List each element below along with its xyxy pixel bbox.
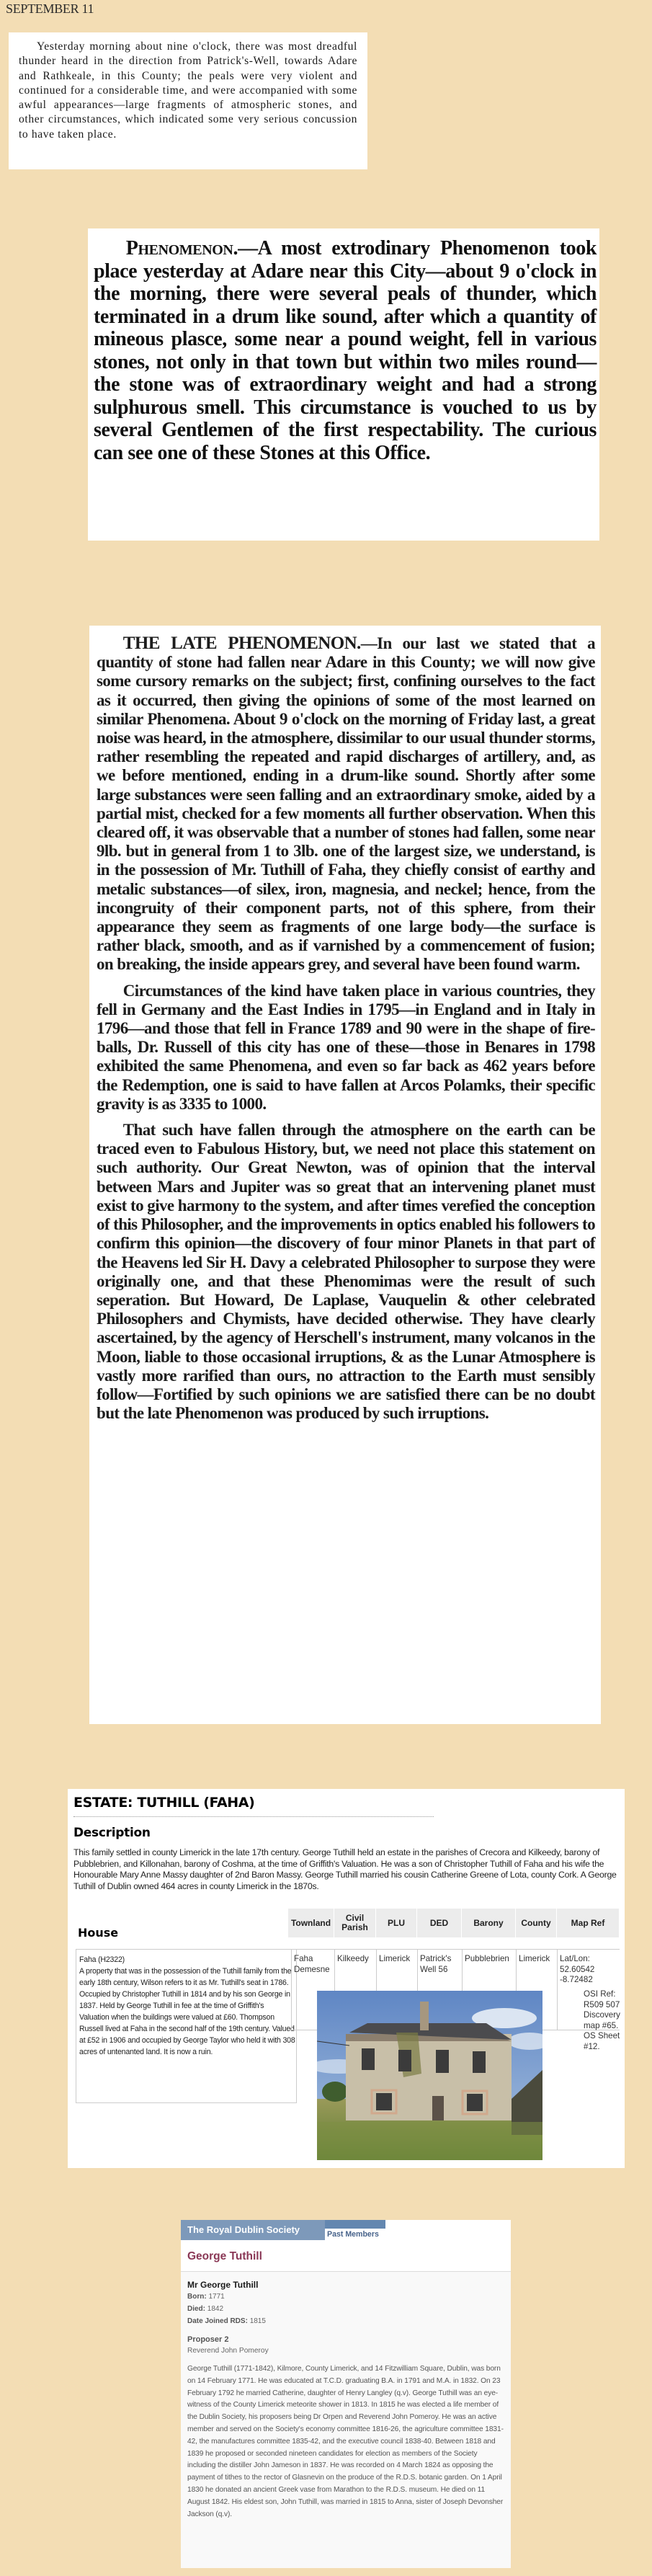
- clipping-2-lead: Phenomenon.: [126, 237, 238, 259]
- died-value: 1842: [207, 2305, 223, 2313]
- member-biography: George Tuthill (1771-1842), Kilmore, Cou…: [187, 2363, 504, 2521]
- house-text: A property that was in the possession of…: [79, 1966, 295, 2058]
- rds-page-title: George Tuthill: [187, 2250, 504, 2263]
- col-header-ded: DED: [417, 1909, 462, 1937]
- born-label: Born:: [187, 2293, 207, 2301]
- col-header-civil-parish: Civil Parish: [334, 1909, 376, 1937]
- estate-panel: ESTATE: TUTHILL (FAHA) Description This …: [68, 1789, 625, 2168]
- died-row: Died: 1842: [187, 2303, 504, 2315]
- house-name: Faha (H2322): [79, 1954, 293, 1966]
- col-header-map-ref: Map Ref: [557, 1909, 620, 1937]
- clipping-3-body-1: —In our last we stated that a quantity o…: [97, 634, 595, 973]
- joined-row: Date Joined RDS: 1815: [187, 2315, 504, 2327]
- house-photo: [317, 1991, 542, 2160]
- rds-brand-bar: [325, 2220, 385, 2229]
- rds-member-details: Mr George Tuthill Born: 1771 Died: 1842 …: [181, 2272, 511, 2528]
- newspaper-clipping-1: Yesterday morning about nine o'clock, th…: [9, 32, 367, 169]
- house-cell: Faha (H2322) A property that was in the …: [76, 1949, 297, 2103]
- rds-title-bar: George Tuthill: [181, 2240, 511, 2272]
- col-header-barony: Barony: [462, 1909, 516, 1937]
- clipping-3-paragraph-3: That such have fallen through the atmosp…: [97, 1121, 595, 1423]
- clipping-2-body: —A most extrodinary Phenomenon took plac…: [94, 237, 597, 464]
- description-heading: Description: [73, 1826, 619, 1840]
- newspaper-clipping-2: Phenomenon.—A most extrodinary Phenomeno…: [88, 228, 599, 541]
- rds-header: The Royal Dublin Society Past Members: [181, 2220, 511, 2240]
- date-header: SEPTEMBER 11: [6, 1, 94, 17]
- col-header-plu: PLU: [376, 1909, 417, 1937]
- newspaper-clipping-3: THE LATE PHENOMENON.—In our last we stat…: [89, 626, 601, 1724]
- cell-map-ref-osi: OSI Ref: R509 507 Discovery map #65. OS …: [584, 1989, 622, 2052]
- house-heading: House: [78, 1926, 118, 1940]
- clipping-3-lead: THE LATE PHENOMENON.: [123, 634, 361, 653]
- col-header-county: County: [516, 1909, 557, 1937]
- clipping-3-paragraph-1: THE LATE PHENOMENON.—In our last we stat…: [97, 634, 595, 974]
- estate-description: This family settled in county Limerick i…: [73, 1847, 619, 1892]
- joined-label: Date Joined RDS:: [187, 2317, 248, 2325]
- past-members-tab[interactable]: Past Members: [325, 2229, 385, 2240]
- member-name: Mr George Tuthill: [187, 2279, 504, 2291]
- clipping-3-paragraph-2: Circumstances of the kind have taken pla…: [97, 982, 595, 1114]
- joined-value: 1815: [250, 2317, 266, 2325]
- rds-brand[interactable]: The Royal Dublin Society: [181, 2220, 325, 2240]
- proposer-value: Reverend John Pomeroy: [187, 2345, 504, 2357]
- rds-member-panel: The Royal Dublin Society Past Members Ge…: [181, 2220, 511, 2568]
- clipping-2-paragraph: Phenomenon.—A most extrodinary Phenomeno…: [94, 237, 597, 464]
- born-row: Born: 1771: [187, 2291, 504, 2303]
- estate-title: ESTATE: TUTHILL (FAHA): [73, 1795, 434, 1817]
- proposer-label: Proposer 2: [187, 2334, 504, 2345]
- col-header-townland: Townland: [288, 1909, 334, 1937]
- clipping-1-paragraph: Yesterday morning about nine o'clock, th…: [19, 40, 357, 142]
- died-label: Died:: [187, 2305, 205, 2313]
- location-table-header: Townland Civil Parish PLU DED Barony Cou…: [288, 1909, 620, 1937]
- born-value: 1771: [208, 2293, 224, 2301]
